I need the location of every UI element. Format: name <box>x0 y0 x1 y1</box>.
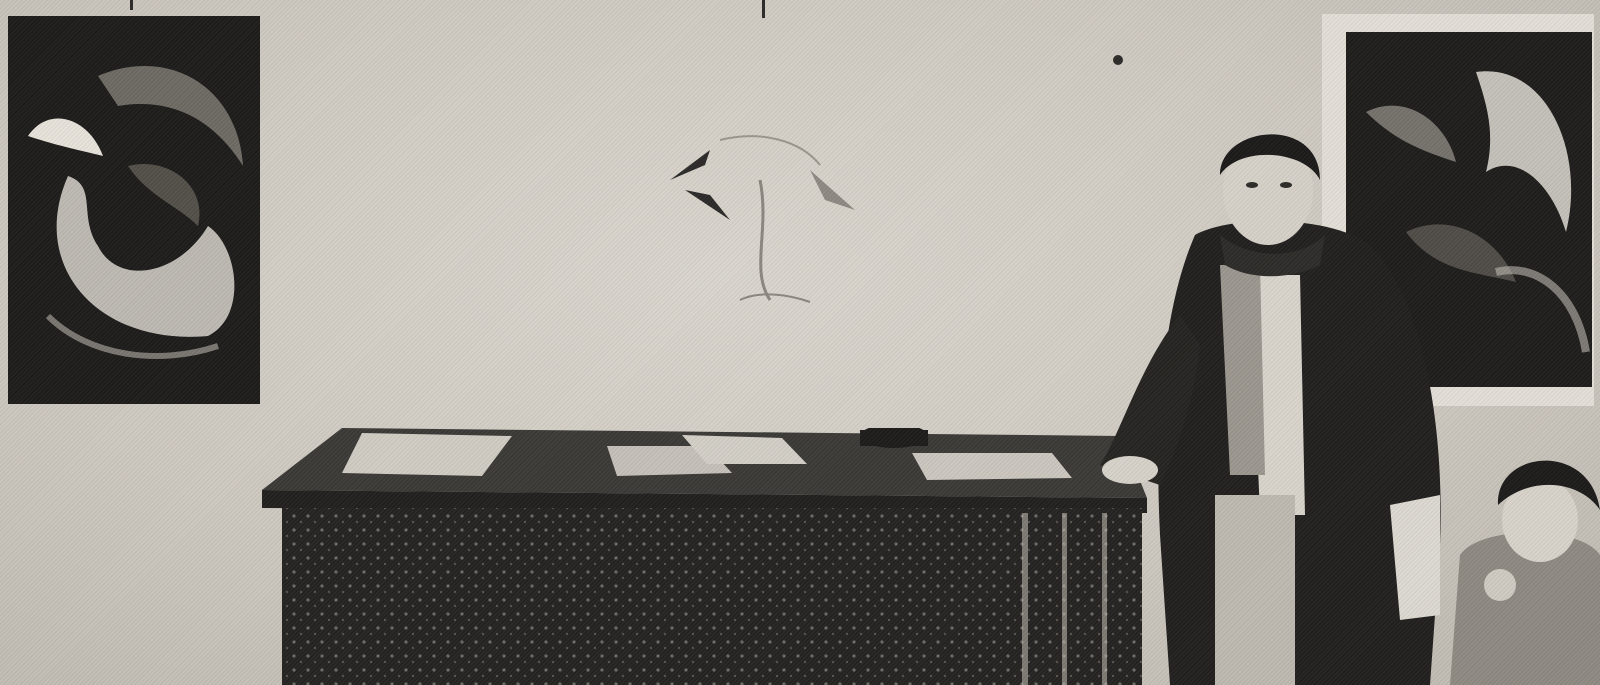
wall-sketch <box>650 120 890 320</box>
hanging-wire-center <box>762 0 765 18</box>
carved-chest <box>262 428 1162 685</box>
child <box>1440 425 1600 685</box>
exhibition-photo <box>0 0 1600 685</box>
wall-spot <box>1113 55 1123 65</box>
hanging-wire-left <box>130 0 133 10</box>
abstract-painting-left <box>8 16 260 404</box>
woman-in-fur-coat <box>1100 115 1480 685</box>
